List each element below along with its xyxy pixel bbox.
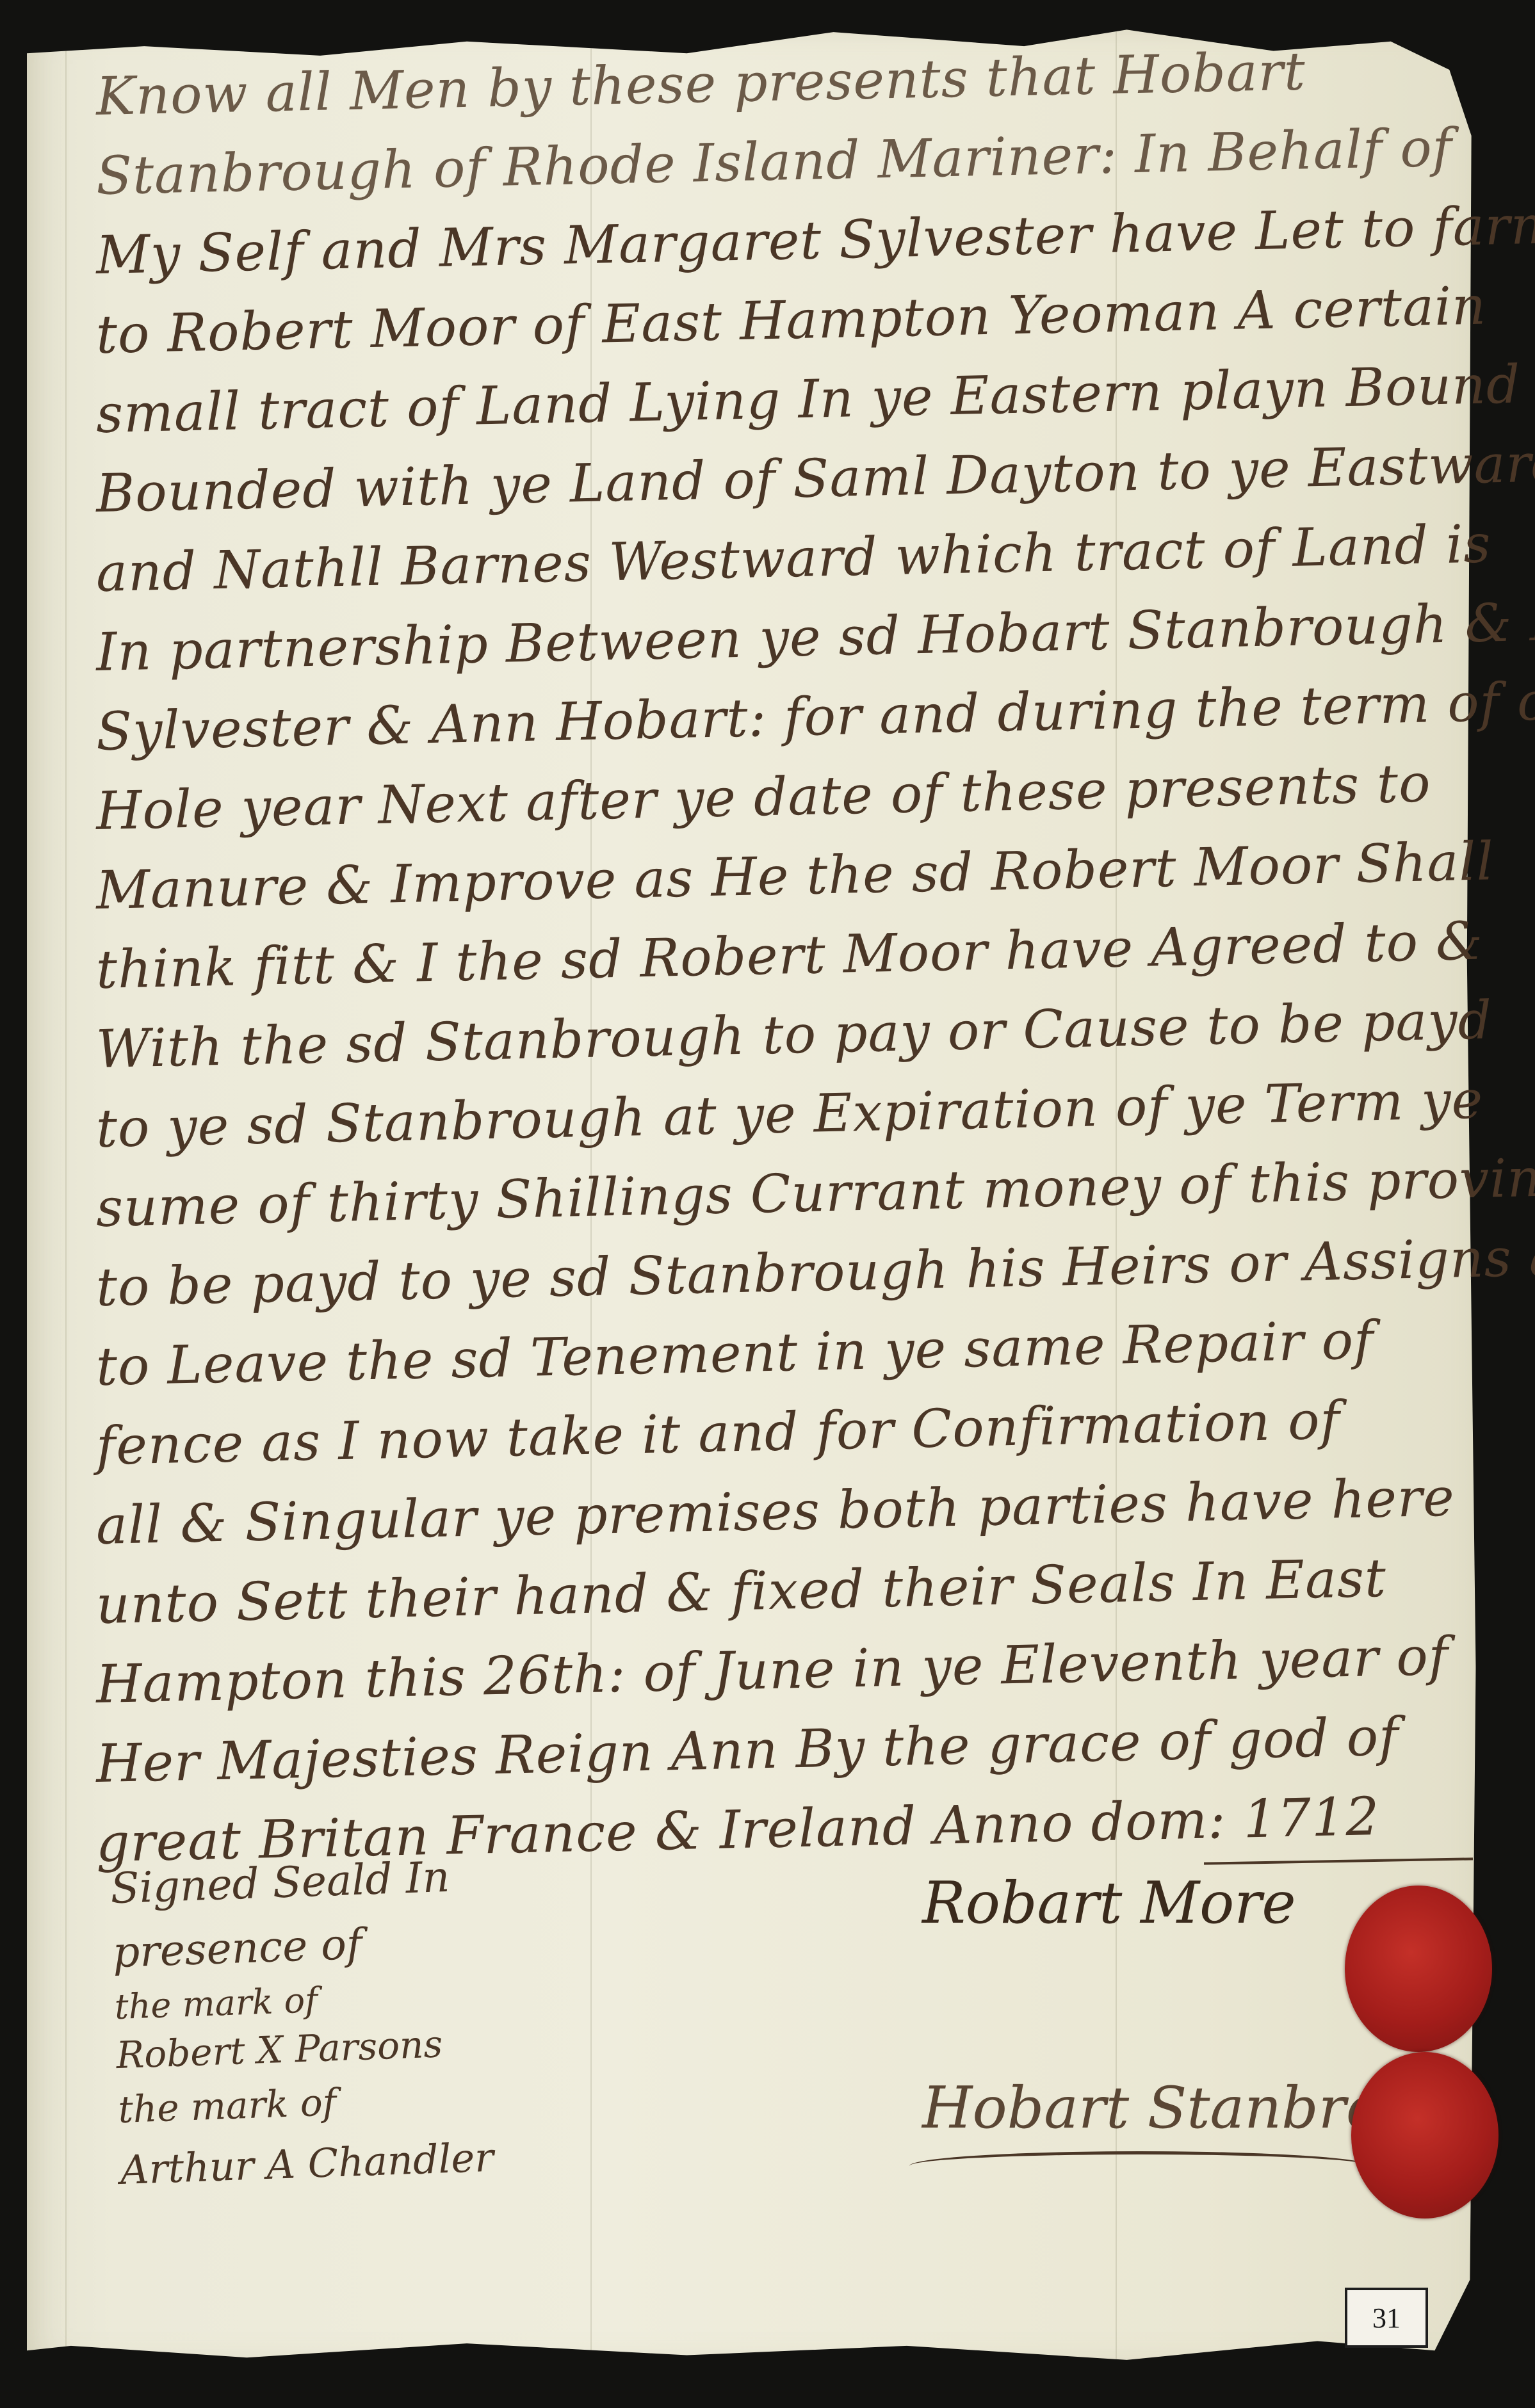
signature-flourish [909,2151,1370,2225]
witness-line: Arthur A Chandler [119,2126,494,2202]
wax-seal-icon [1351,2052,1498,2218]
wax-seal-icon [1345,1886,1492,2052]
signature-robert-more: Robart More [922,1870,1296,1937]
witness-block: Signed Seald In presence of the mark of … [110,1844,495,2202]
archive-number-label: 31 [1345,2288,1428,2348]
witness-line: Signed Seald In [110,1844,485,1921]
paper-fold-line [65,18,67,2374]
document-body: Know all Men by these presents that Hoba… [96,58,1441,1884]
